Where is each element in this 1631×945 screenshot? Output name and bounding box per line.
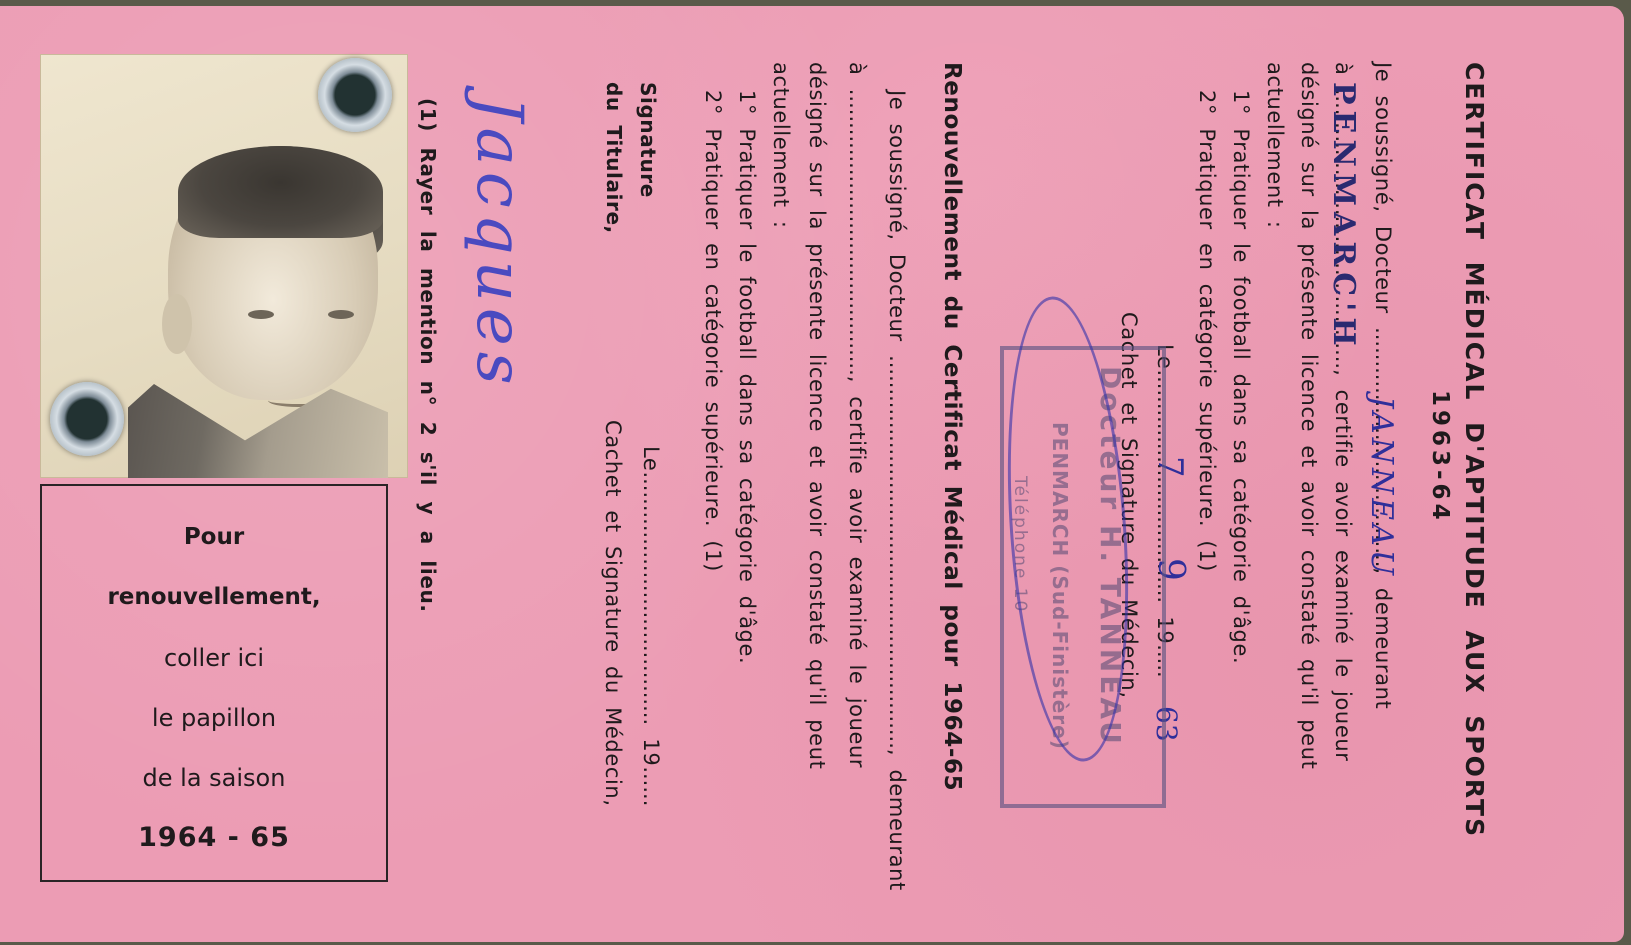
renewal-doctor-field: ........................................… (885, 355, 909, 749)
renewal-line1-prefix: Je soussigné, Docteur (885, 90, 909, 342)
renewal-line-3: désigné sur la présente licence et avoir… (806, 62, 827, 769)
renewal-heading: Renouvellement du Certificat Médical pou… (940, 62, 963, 791)
renewal-date-label: Le (639, 446, 663, 471)
photo-hair-top (178, 146, 383, 238)
renewal-line-1: Je soussigné, Docteur ..................… (886, 90, 907, 891)
footnote: (1) Rayer la mention n° 2 s'il y a lieu. (418, 98, 438, 613)
photo-eye-left (248, 310, 274, 319)
medical-certificate-card: CERTIFICAT MÉDICAL D'APTITUDE AUX SPORTS… (0, 6, 1624, 942)
eyelet-icon (50, 382, 124, 456)
cert-line1-prefix: Je soussigné, Docteur (1371, 62, 1395, 314)
certificate-title: CERTIFICAT MÉDICAL D'APTITUDE AUX SPORTS (1462, 62, 1487, 838)
certificate-season: 1963-64 (1428, 390, 1451, 524)
cert-line-1: Je soussigné, Docteur ..................… (1372, 62, 1393, 709)
eyelet-icon (318, 58, 392, 132)
holder-signature-label-2: du Titulaire, (604, 82, 624, 234)
renewal-box-line-3: coller ici (42, 644, 386, 672)
renewal-line2-suffix: , certifie avoir examiné le joueur (845, 376, 869, 768)
renewal-item-1: 1° Pratiquer le football dans sa catégor… (736, 90, 757, 664)
renewal-box-line-1: Pour (42, 524, 386, 550)
holder-signature-label-1: Signature (638, 82, 658, 198)
doctor-name-handwritten: JANNEAU (1364, 396, 1399, 579)
renewal-date-field: ...................................... (639, 471, 663, 725)
photo-ear (162, 294, 192, 354)
renewal-box-year: 1964 - 65 (42, 822, 386, 853)
town-handwritten: PENMARC'H (1326, 82, 1361, 352)
renewal-line-4: actuellement : (770, 62, 791, 229)
renewal-box-line-4: le papillon (42, 704, 386, 732)
cert-line-3: désigné sur la présente licence et avoir… (1298, 62, 1319, 769)
cert-line2-prefix: à (1331, 62, 1355, 75)
renewal-date-line: Le......................................… (640, 446, 661, 806)
holder-signature: Jacques (462, 96, 536, 391)
renewal-box-line-2: renouvellement, (42, 584, 386, 610)
renewal-line2-prefix: à (845, 62, 869, 75)
cert-line1-suffix: , demeurant (1371, 567, 1395, 709)
renewal-item-2: 2° Pratiquer en catégorie supérieure. (1… (702, 90, 723, 572)
renewal-sticker-box: Pour renouvellement, coller ici le papil… (40, 484, 388, 882)
cert-line2-suffix: , certifie avoir examiné le joueur (1331, 369, 1355, 761)
renewal-signature-label: Cachet et Signature du Médecin, (602, 420, 623, 807)
cert-item-2: 2° Pratiquer en catégorie supérieure. (1… (1196, 90, 1217, 572)
cert-item-1: 1° Pratiquer le football dans sa catégor… (1230, 90, 1251, 664)
renewal-box-line-5: de la saison (42, 764, 386, 792)
renewal-town-field: ........................................… (845, 89, 869, 376)
cert-line-4: actuellement : (1264, 62, 1285, 229)
renewal-date-year-prefix: 19 (639, 738, 663, 766)
photo-eye-right (328, 310, 354, 319)
renewal-line-2: à ......................................… (846, 62, 867, 768)
renewal-line1-suffix: , demeurant (885, 749, 909, 891)
